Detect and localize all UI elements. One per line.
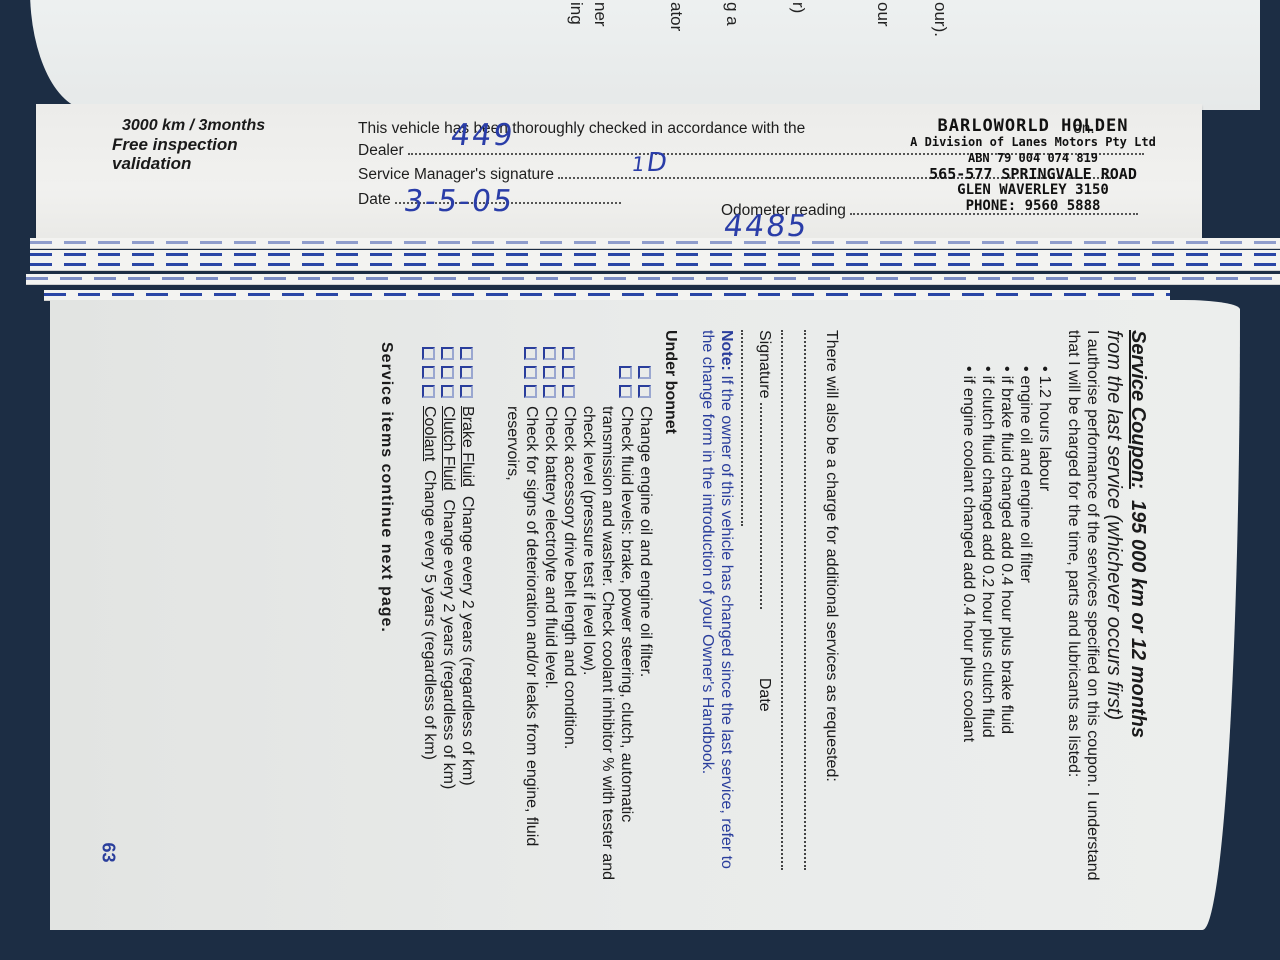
checkbox[interactable] — [562, 366, 575, 379]
fluid-item-coolant: Coolant Change every 5 years (regardless… — [420, 330, 439, 890]
fluid-name: Brake Fluid — [459, 406, 476, 487]
stamp-suburb: GLEN WAVERLEY 3150 — [868, 182, 1198, 198]
checkbox[interactable] — [524, 366, 537, 379]
checkbox[interactable] — [422, 366, 435, 379]
checklist-text: Check accessory drive belt length and co… — [560, 406, 579, 749]
under-bonnet-heading: Under bonnet — [661, 330, 680, 890]
checklist-item: Check for signs of deterioration and/or … — [503, 330, 541, 890]
coupon-statement-text: This vehicle has been thoroughly checked… — [358, 120, 805, 137]
charge-item: if clutch fluid changed add 0.2 hour plu… — [978, 366, 997, 890]
coupon-title-line3: validation — [112, 154, 332, 173]
coupon-stub — [26, 274, 1280, 285]
checkbox[interactable] — [422, 385, 435, 398]
stamp-address: 565-577 SPRINGVALE ROAD — [868, 166, 1198, 182]
additional-services-line-1[interactable] — [799, 330, 818, 890]
checklist-text: Check fluid levels: brake, power steerin… — [579, 406, 636, 890]
service-coupon-subtitle: from the last service (whichever occurs … — [1102, 330, 1126, 890]
checkbox[interactable] — [562, 347, 575, 360]
service-coupon-content: Service Coupon: 195 000 km or 12 months … — [50, 330, 1150, 890]
charge-item: engine oil and engine oil filter — [1016, 366, 1035, 890]
fluid-interval: Change every 2 years (regardless of km) — [459, 496, 476, 786]
service-coupon-interval: 195 000 km or 12 months — [1127, 500, 1149, 738]
signature-label: Signature — [756, 330, 773, 399]
checklist-text: Check for signs of deterioration and/or … — [503, 406, 541, 890]
stamp-dealer-name: BARLOWORLD HOLDEN — [868, 118, 1198, 134]
checkbox[interactable] — [460, 385, 473, 398]
stamp-phone: PHONE: 9560 5888 — [868, 198, 1198, 214]
upper-page-fragment: ner — [590, 2, 610, 27]
fluid-item-brake: Brake Fluid Change every 2 years (regard… — [458, 330, 477, 890]
checklist-text: Change engine oil and engine oil filter. — [636, 406, 655, 677]
checkbox[interactable] — [562, 385, 575, 398]
service-manager-label: Service Manager's signature — [358, 166, 554, 183]
coupon-title: 3000 km / 3months Free inspection valida… — [112, 116, 332, 173]
page-number: 63 — [98, 842, 119, 862]
checkbox[interactable] — [638, 366, 651, 379]
checklist-item: Check fluid levels: brake, power steerin… — [579, 330, 636, 890]
fluid-interval: Change every 2 years (regardless of km) — [440, 499, 457, 789]
fluid-item-clutch: Clutch Fluid Change every 2 years (regar… — [439, 330, 458, 890]
checkbox[interactable] — [524, 347, 537, 360]
checkbox[interactable] — [543, 347, 556, 360]
service-coupon-title: Service Coupon: 195 000 km or 12 months — [1126, 330, 1150, 890]
checklist-item: Check battery electrolyte and fluid leve… — [541, 330, 560, 890]
additional-services-text: There will also be a charge for addition… — [822, 330, 841, 890]
owner-date-label: Date — [756, 678, 773, 712]
stamp-abn: ABN 79 004 074 819 — [868, 150, 1198, 166]
charge-item: if engine coolant changed add 0.4 hour p… — [959, 366, 978, 890]
checkbox[interactable] — [543, 385, 556, 398]
continue-note: Service items continue next page. — [377, 342, 396, 890]
checklist-text: Check battery electrolyte and fluid leve… — [541, 406, 560, 689]
checkbox[interactable] — [460, 347, 473, 360]
inspection-validation-coupon: 3000 km / 3months Free inspection valida… — [36, 104, 1202, 244]
owner-signature-row: Signature Date — [736, 330, 774, 890]
upper-page-fragment: g a — [722, 2, 742, 26]
fluid-name: Coolant — [421, 406, 438, 461]
checkbox[interactable] — [638, 385, 651, 398]
handwritten-dealer-number: 449 — [449, 118, 517, 153]
coupon-title-interval: 3000 km / 3months — [112, 116, 332, 135]
checkbox[interactable] — [619, 366, 632, 379]
charge-item: if brake fluid changed add 0.4 hour plus… — [997, 366, 1016, 890]
dealer-stamp: BARLOWORLD HOLDEN A Division of Lanes Mo… — [868, 118, 1198, 214]
checklist-item: Check accessory drive belt length and co… — [560, 330, 579, 890]
fluid-interval: Change every 5 years (regardless of km) — [421, 470, 438, 760]
handwritten-manager-initials: 1D — [630, 148, 671, 178]
checkbox[interactable] — [543, 366, 556, 379]
coupon-stub — [30, 260, 1280, 271]
authorisation-text: I authorise performance of the services … — [1064, 330, 1102, 890]
date-label: Date — [358, 191, 391, 208]
checkbox[interactable] — [441, 347, 454, 360]
upper-page-fragment: r) — [788, 2, 808, 13]
fluid-name: Clutch Fluid — [440, 406, 457, 490]
checkbox[interactable] — [422, 347, 435, 360]
coupon-title-line2: Free inspection — [112, 135, 332, 154]
checkbox[interactable] — [441, 385, 454, 398]
checkbox[interactable] — [460, 366, 473, 379]
owner-change-note: Note: If the owner of this vehicle has c… — [698, 330, 736, 890]
checklist-item: Change engine oil and engine oil filter. — [636, 330, 655, 890]
owner-date-field[interactable] — [741, 330, 753, 526]
upper-book-page: ner ing ator g a r) our our). — [30, 0, 1260, 110]
checkbox[interactable] — [524, 385, 537, 398]
additional-services-line-2[interactable] — [776, 330, 795, 890]
service-coupon-label: Service Coupon: — [1127, 330, 1149, 489]
dealer-label: Dealer — [358, 142, 404, 159]
stamp-division: A Division of Lanes Motors Pty Ltd — [868, 134, 1198, 150]
coupon-stub — [30, 238, 1280, 249]
checkbox[interactable] — [619, 385, 632, 398]
charges-list: 1.2 hours labour engine oil and engine o… — [959, 330, 1054, 890]
handwritten-date: 3-5-05 — [402, 184, 517, 219]
upper-page-fragment: our — [873, 2, 893, 27]
checkbox[interactable] — [441, 366, 454, 379]
upper-page-fragment: our). — [930, 2, 950, 37]
charge-item: 1.2 hours labour — [1035, 366, 1054, 890]
upper-page-fragment: ator — [666, 2, 686, 31]
torn-coupon-stubs — [30, 238, 1280, 308]
signature-field[interactable] — [760, 403, 772, 609]
upper-page-fragment: ing — [566, 2, 586, 25]
